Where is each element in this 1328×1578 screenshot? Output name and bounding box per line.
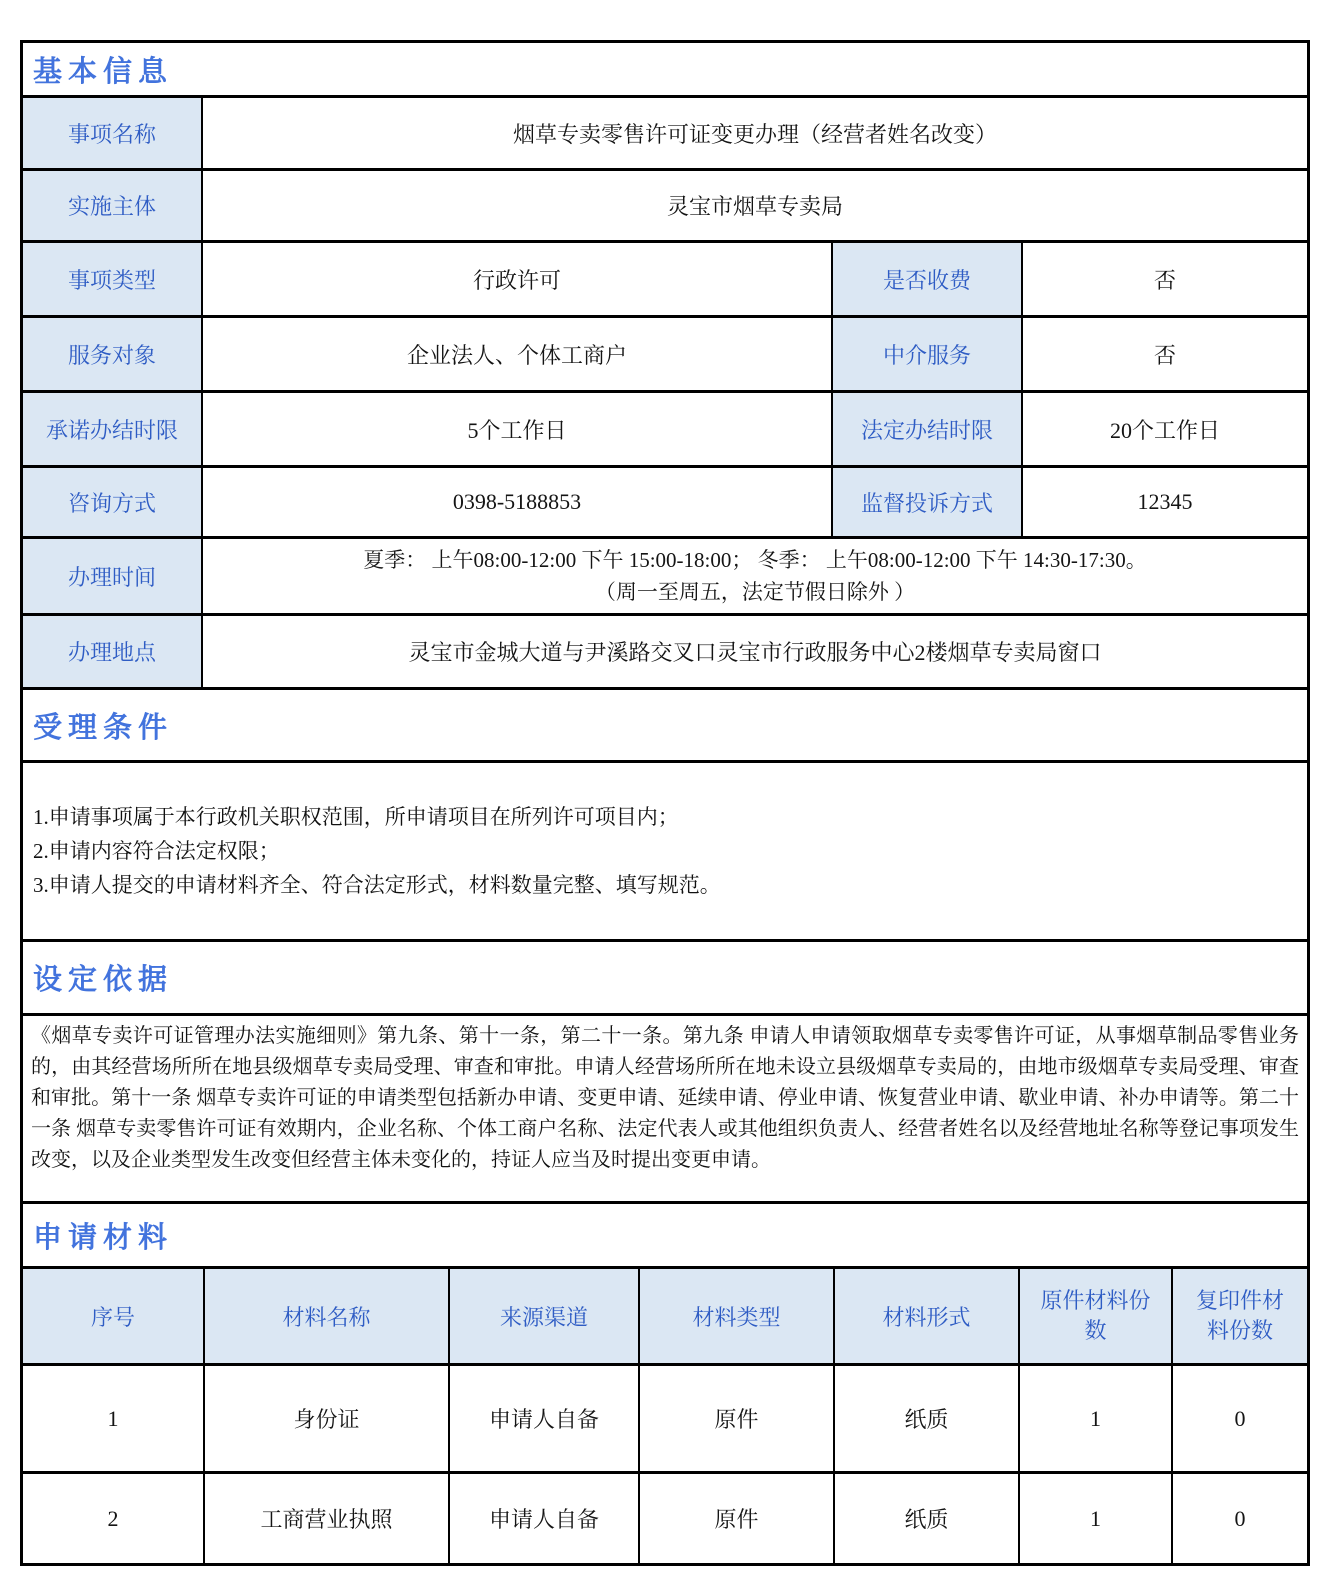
acceptance-content-row: 1.申请事项属于本行政机关职权范围，所申请项目在所列许可项目内； 2.申请内容符… [23,760,1307,939]
section-title-acceptance: 受理条件 [23,690,1307,760]
field-value-item-type: 行政许可 [201,243,831,315]
material-2-photocopy-count: 0 [1171,1474,1307,1563]
section-row-materials: 申请材料 [23,1201,1307,1266]
material-1-source: 申请人自备 [448,1366,638,1471]
table-row-consultation: 咨询方式 0398-5188853 监督投诉方式 12345 [23,465,1307,536]
table-row-item-name: 事项名称 烟草专卖零售许可证变更办理（经营者姓名改变） [23,95,1307,168]
field-label-implementing-body: 实施主体 [23,171,201,240]
table-row-item-type: 事项类型 行政许可 是否收费 否 [23,240,1307,315]
material-1-original-count: 1 [1018,1366,1171,1471]
field-label-promised-deadline: 承诺办结时限 [23,393,201,465]
office-hours-line2: （周一至周五，法定节假日除外 ） [595,576,915,608]
column-header-material-form: 材料形式 [833,1269,1018,1363]
material-2-serial: 2 [23,1474,203,1563]
field-value-item-name: 烟草专卖零售许可证变更办理（经营者姓名改变） [201,98,1307,168]
acceptance-condition-3: 3.申请人提交的申请材料齐全、符合法定形式，材料数量完整、填写规范。 [33,868,721,902]
field-label-complaint: 监督投诉方式 [831,468,1021,536]
acceptance-conditions: 1.申请事项属于本行政机关职权范围，所申请项目在所列许可项目内； 2.申请内容符… [23,763,1307,939]
field-value-office-location: 灵宝市金城大道与尹溪路交叉口灵宝市行政服务中心2楼烟草专卖局窗口 [201,616,1307,687]
material-2-form: 纸质 [833,1474,1018,1563]
basis-content-row: 《烟草专卖许可证管理办法实施细则》第九条、第十一条，第二十一条。第九条 申请人申… [23,1013,1307,1201]
material-1-type: 原件 [638,1366,833,1471]
field-value-office-hours: 夏季： 上午08:00-12:00 下午 15:00-18:00； 冬季： 上午… [201,539,1307,613]
column-header-material-name: 材料名称 [203,1269,448,1363]
field-label-service-target: 服务对象 [23,318,201,390]
table-row-office-location: 办理地点 灵宝市金城大道与尹溪路交叉口灵宝市行政服务中心2楼烟草专卖局窗口 [23,613,1307,687]
material-2-name: 工商营业执照 [203,1474,448,1563]
office-hours-line1: 夏季： 上午08:00-12:00 下午 15:00-18:00； 冬季： 上午… [363,544,1146,576]
table-row-office-hours: 办理时间 夏季： 上午08:00-12:00 下午 15:00-18:00； 冬… [23,536,1307,613]
table-row-service-target: 服务对象 企业法人、个体工商户 中介服务 否 [23,315,1307,390]
table-row-promised-deadline: 承诺办结时限 5个工作日 法定办结时限 20个工作日 [23,390,1307,465]
field-label-item-type: 事项类型 [23,243,201,315]
material-2-original-count: 1 [1018,1474,1171,1563]
field-label-item-name: 事项名称 [23,98,201,168]
field-label-intermediary: 中介服务 [831,318,1021,390]
field-value-promised-deadline: 5个工作日 [201,393,831,465]
field-value-complaint-phone: 12345 [1021,468,1307,536]
section-title-basic-info: 基本信息 [23,43,1307,95]
material-2-type: 原件 [638,1474,833,1563]
material-1-form: 纸质 [833,1366,1018,1471]
section-row-basic-info: 基本信息 [23,43,1307,95]
acceptance-condition-2: 2.申请内容符合法定权限； [33,834,280,868]
section-row-acceptance: 受理条件 [23,687,1307,760]
materials-header-row: 序号 材料名称 来源渠道 材料类型 材料形式 原件材料份数 复印件材料份数 [23,1266,1307,1363]
field-value-fee: 否 [1021,243,1307,315]
material-1-photocopy-count: 0 [1171,1366,1307,1471]
field-label-fee: 是否收费 [831,243,1021,315]
section-title-basis: 设定依据 [23,942,1307,1013]
column-header-source: 来源渠道 [448,1269,638,1363]
column-header-photocopy-copies: 复印件材料份数 [1171,1269,1307,1363]
service-info-sheet: 基本信息 事项名称 烟草专卖零售许可证变更办理（经营者姓名改变） 实施主体 灵宝… [20,40,1310,1566]
material-row-2: 2 工商营业执照 申请人自备 原件 纸质 1 0 [23,1471,1307,1563]
field-value-consultation-phone: 0398-5188853 [201,468,831,536]
column-header-original-copies: 原件材料份数 [1018,1269,1171,1363]
material-2-source: 申请人自备 [448,1474,638,1563]
field-label-office-location: 办理地点 [23,616,201,687]
field-value-service-target: 企业法人、个体工商户 [201,318,831,390]
legal-basis-text: 《烟草专卖许可证管理办法实施细则》第九条、第十一条，第二十一条。第九条 申请人申… [23,1016,1307,1201]
field-value-legal-deadline: 20个工作日 [1021,393,1307,465]
section-title-materials: 申请材料 [23,1204,1307,1266]
field-value-implementing-body: 灵宝市烟草专卖局 [201,171,1307,240]
field-value-intermediary: 否 [1021,318,1307,390]
column-header-serial: 序号 [23,1269,203,1363]
field-label-office-hours: 办理时间 [23,539,201,613]
field-label-consultation: 咨询方式 [23,468,201,536]
field-label-legal-deadline: 法定办结时限 [831,393,1021,465]
material-1-name: 身份证 [203,1366,448,1471]
column-header-material-type: 材料类型 [638,1269,833,1363]
material-1-serial: 1 [23,1366,203,1471]
section-row-basis: 设定依据 [23,939,1307,1013]
acceptance-condition-1: 1.申请事项属于本行政机关职权范围，所申请项目在所列许可项目内； [33,800,679,834]
material-row-1: 1 身份证 申请人自备 原件 纸质 1 0 [23,1363,1307,1471]
table-row-implementing-body: 实施主体 灵宝市烟草专卖局 [23,168,1307,240]
